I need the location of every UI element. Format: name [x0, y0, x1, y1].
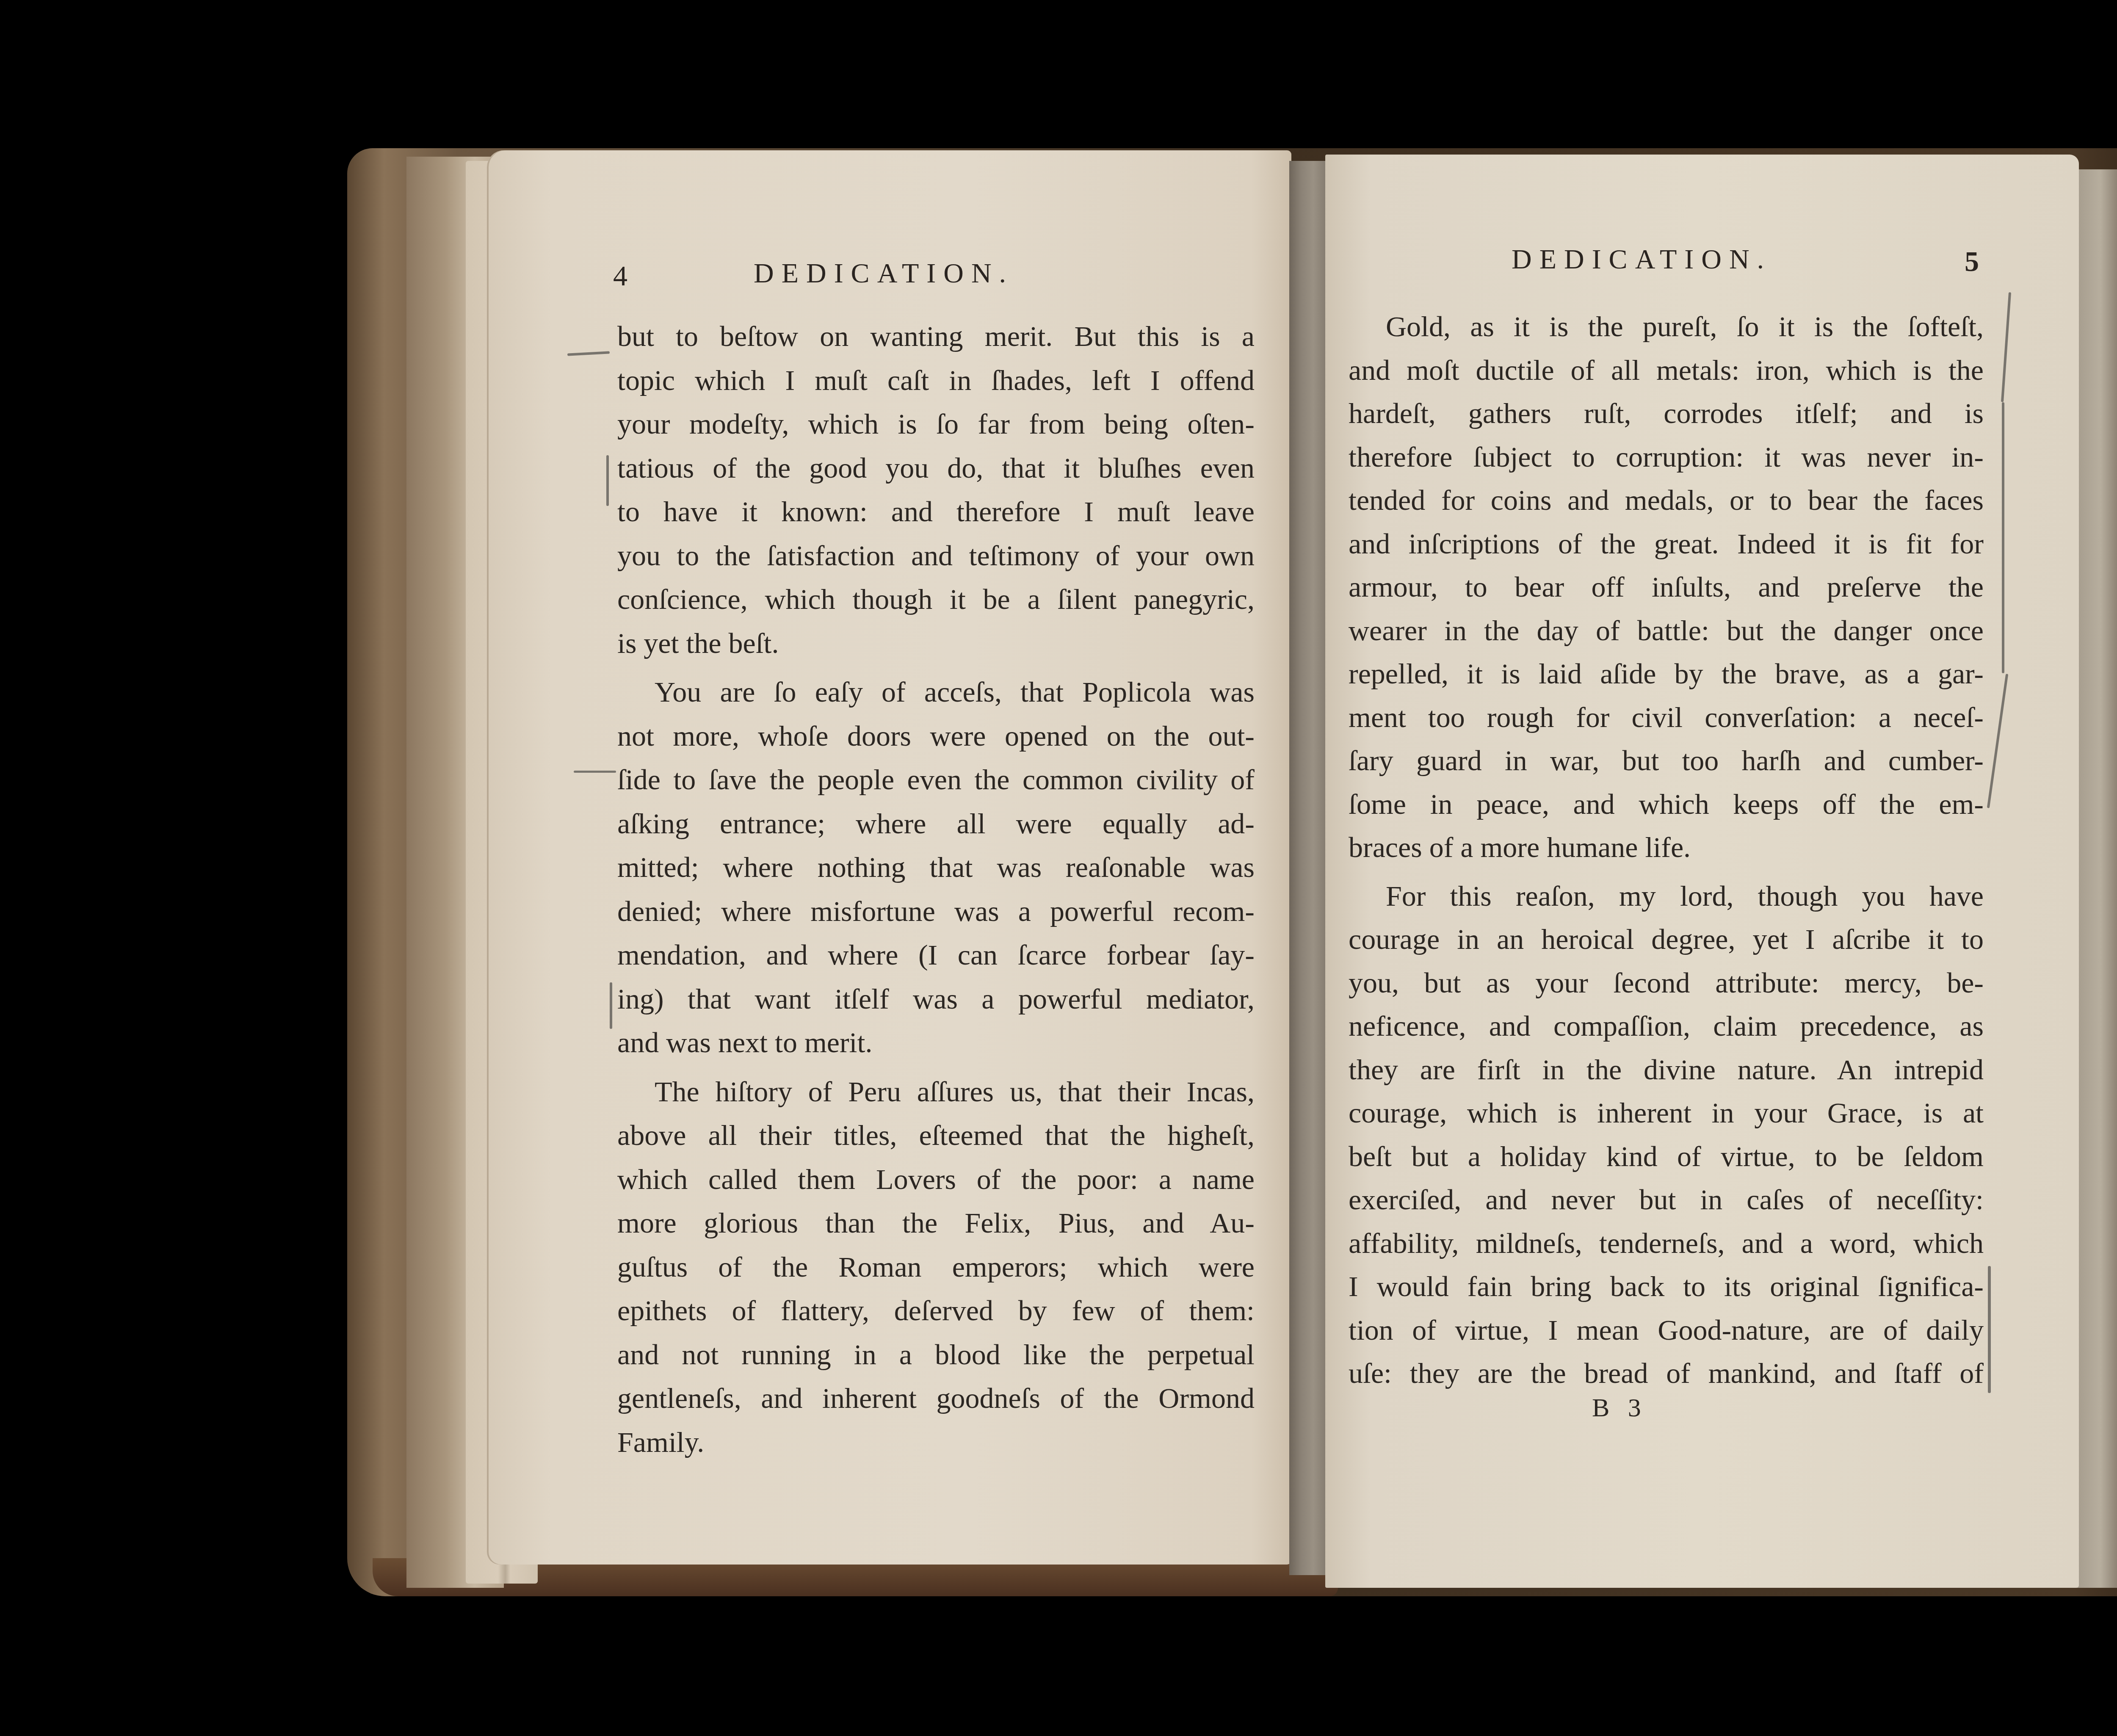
text-line: your modeſty, which is ſo far from being…	[617, 409, 1255, 438]
gutter	[1289, 161, 1329, 1575]
text-line: is yet the beſt.	[617, 629, 779, 658]
text-line: to have it known: and therefore I muſt l…	[617, 497, 1255, 526]
pencil-mark	[574, 771, 616, 773]
text-line: not more, whoſe doors were opened on the…	[617, 721, 1255, 750]
text-line: ment too rough for civil converſation: a…	[1349, 703, 1984, 732]
text-line: affability, mildneſs, tenderneſs, and a …	[1349, 1229, 1984, 1258]
text-line: mendation, and where (I can ſcarce forbe…	[617, 940, 1255, 969]
text-line: and moſt ductile of all metals: iron, wh…	[1349, 356, 1984, 384]
text-line: The hiſtory of Peru aſſures us, that the…	[655, 1077, 1255, 1106]
text-line: uſe: they are the bread of mankind, and …	[1349, 1359, 1984, 1388]
right-running-head: DEDICATION.	[1512, 243, 1772, 276]
text-line: topic which I muſt caſt in ſhades, left …	[617, 366, 1255, 395]
text-line: you to the ſatisfaction and teſtimony of…	[617, 541, 1255, 570]
text-line: gentleneſs, and inherent goodneſs of the…	[617, 1384, 1255, 1413]
pencil-bracket	[1988, 1266, 1991, 1393]
text-line: You are ſo eaſy of acceſs, that Poplicol…	[655, 677, 1255, 706]
text-line: tatious of the good you do, that it bluſ…	[617, 453, 1255, 482]
text-line: repelled, it is laid aſide by the brave,…	[1349, 659, 1984, 688]
text-line: tended for coins and medals, or to bear …	[1349, 486, 1984, 514]
text-line: courage in an heroical degree, yet I aſc…	[1349, 925, 1984, 954]
text-line: ſide to ſave the people even the common …	[617, 765, 1255, 794]
text-line: which called them Lovers of the poor: a …	[617, 1165, 1255, 1194]
text-line: neficence, and compaſſion, claim precede…	[1349, 1012, 1984, 1040]
text-line: wearer in the day of battle: but the dan…	[1349, 616, 1984, 645]
text-line: Family.	[617, 1428, 704, 1457]
text-line: epithets of flattery, deſerved by few of…	[617, 1296, 1255, 1325]
right-page-number: 5	[1965, 245, 1979, 278]
pencil-bracket	[2002, 402, 2004, 673]
text-line: mitted; where nothing that was reaſonabl…	[617, 853, 1255, 882]
pencil-bracket	[606, 455, 609, 506]
text-line: ſome in peace, and which keeps off the e…	[1349, 790, 1984, 818]
text-line: hardeſt, gathers ruſt, corrodes itſelf; …	[1349, 399, 1984, 428]
text-line: more glorious than the Felix, Pius, and …	[617, 1208, 1255, 1237]
text-line: Gold, as it is the pureſt, ſo it is the …	[1386, 312, 1984, 341]
pencil-bracket	[610, 982, 612, 1029]
text-line: ing) that want itſelf was a powerful med…	[617, 984, 1255, 1013]
signature-mark: B 3	[1592, 1393, 1647, 1423]
text-line: courage, which is inherent in your Grace…	[1349, 1098, 1984, 1127]
left-page-number: 4	[613, 259, 627, 293]
text-line: For this reaſon, my lord, though you hav…	[1386, 882, 1984, 910]
text-line: above all their titles, eſteemed that th…	[617, 1121, 1255, 1150]
text-line: and inſcriptions of the great. Indeed it…	[1349, 529, 1984, 558]
text-line: but to beſtow on wanting merit. But this…	[617, 322, 1255, 351]
text-line: armour, to bear off inſults, and preſerv…	[1349, 572, 1984, 601]
right-page-stack	[2077, 169, 2117, 1588]
text-line: denied; where misfortune was a powerful …	[617, 897, 1255, 926]
text-line: guſtus of the Roman emperors; which were	[617, 1252, 1255, 1281]
text-line: conſcience, which though it be a ſilent …	[617, 585, 1255, 614]
text-line: and was next to merit.	[617, 1028, 872, 1057]
text-line: you, but as your ſecond attribute: mercy…	[1349, 968, 1984, 997]
text-line: exerciſed, and never but in caſes of nec…	[1349, 1185, 1984, 1214]
text-line: they are firſt in the divine nature. An …	[1349, 1055, 1984, 1084]
left-running-head: DEDICATION.	[754, 257, 1014, 290]
text-line: tion of virtue, I mean Good-nature, are …	[1349, 1316, 1984, 1344]
text-line: beſt but a holiday kind of virtue, to be…	[1349, 1142, 1984, 1171]
text-line: therefore ſubject to corruption: it was …	[1349, 442, 1984, 471]
text-line: aſking entrance; where all were equally …	[617, 809, 1255, 838]
text-line: I would fain bring back to its original …	[1349, 1272, 1984, 1301]
text-line: and not running in a blood like the perp…	[617, 1340, 1255, 1369]
text-line: ſary guard in war, but too harſh and cum…	[1349, 746, 1984, 775]
text-line: braces of a more humane life.	[1349, 833, 1691, 862]
